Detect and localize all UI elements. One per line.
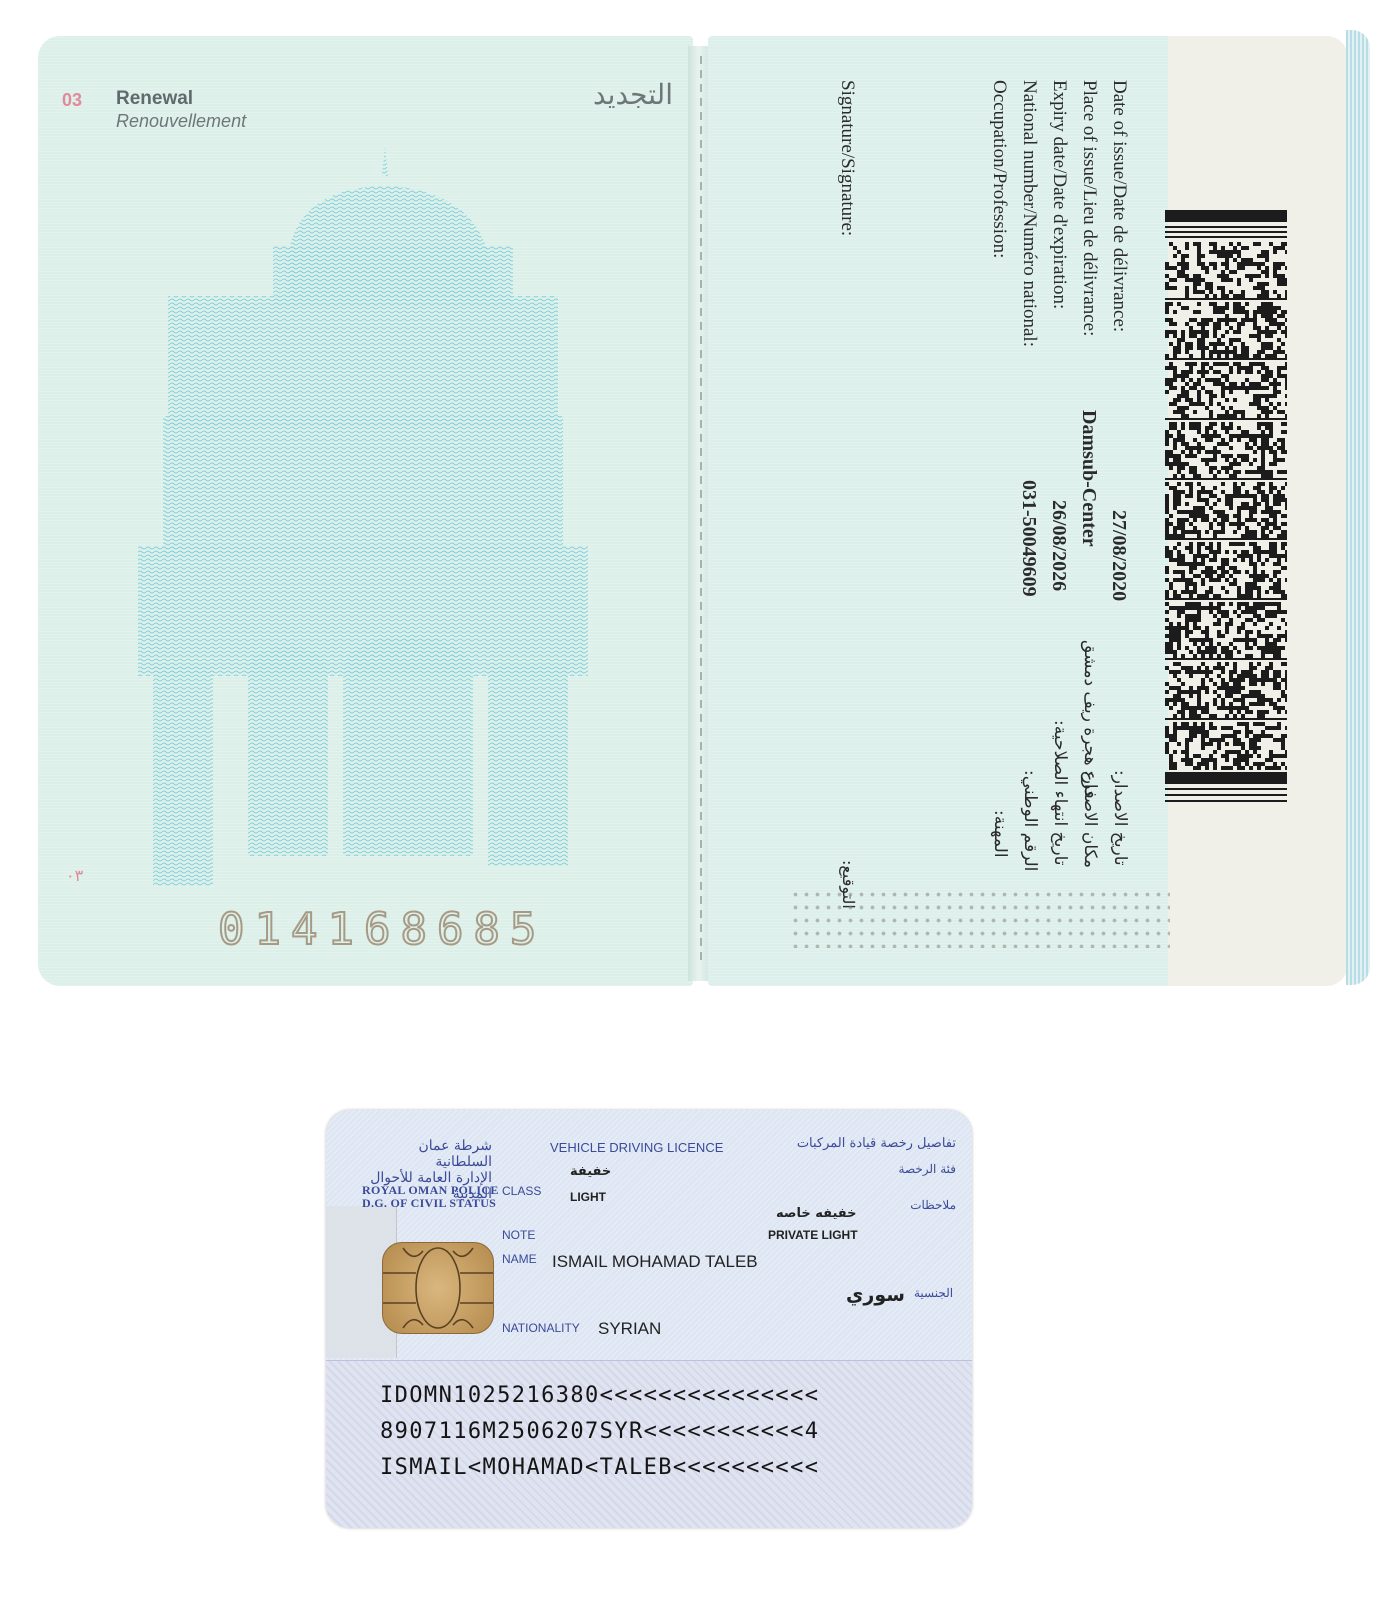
- class-label: CLASS: [502, 1184, 541, 1198]
- class-value: LIGHT: [570, 1190, 606, 1204]
- passport-data-fields: Date of issue/Date de délivrance: 27/08/…: [810, 80, 1130, 980]
- note-label: NOTE: [502, 1228, 535, 1242]
- note-value-ar: خفيفه خاصه: [776, 1206, 857, 1221]
- signature-label: Signature/Signature:: [836, 80, 858, 236]
- passport-page-edges: [1346, 30, 1370, 985]
- page-title-en: Renewal: [116, 88, 193, 110]
- field-expiry-date: Expiry date/Date d'expiration: 26/08/202…: [1040, 80, 1070, 980]
- smart-chip-icon: [382, 1242, 494, 1334]
- licence-title: VEHICLE DRIVING LICENCE: [550, 1140, 723, 1155]
- nationality-label: NATIONALITY: [502, 1321, 580, 1335]
- note-label-ar: ملاحظات: [866, 1198, 956, 1212]
- mrz-line-3: ISMAIL<MOHAMAD<TALEB<<<<<<<<<<: [380, 1450, 819, 1486]
- driving-licence-card: شرطة عمان السلطانية الإدارة العامة للأحو…: [326, 1110, 972, 1528]
- licence-title-ar: تفاصيل رخصة قيادة المركبات: [796, 1136, 956, 1151]
- page-number-arabic: ٠٣: [66, 866, 83, 886]
- class-label-ar: فئة الرخصة: [866, 1162, 956, 1176]
- field-national-number: National number/Numéro national: 031-500…: [1010, 80, 1040, 980]
- nationality-label-ar: الجنسية: [914, 1286, 953, 1300]
- field-place-of-issue: Place of issue/Lieu de délivrance: Damsu…: [1070, 80, 1100, 980]
- pdf417-barcode-icon: [1165, 210, 1287, 810]
- mosque-watermark-icon: [138, 146, 588, 886]
- page-title-fr: Renouvellement: [116, 111, 246, 132]
- class-value-ar: خفيفة: [570, 1164, 611, 1179]
- field-occupation: Occupation/Profession: المهنة:: [980, 80, 1010, 980]
- mrz-line-2: 8907116M2506207SYR<<<<<<<<<<<4: [380, 1414, 819, 1450]
- field-date-of-issue: Date of issue/Date de délivrance: 27/08/…: [1100, 80, 1130, 980]
- issuer-english: ROYAL OMAN POLICE D.G. OF CIVIL STATUS: [362, 1184, 499, 1210]
- nationality-value-ar: سوري: [846, 1284, 905, 1306]
- perforation-holes: [790, 888, 1170, 948]
- machine-readable-zone: IDOMN1025216380<<<<<<<<<<<<<<< 8907116M2…: [380, 1378, 819, 1486]
- spine-stitching: [700, 56, 702, 966]
- name-label: NAME: [502, 1252, 537, 1266]
- perforated-serial-number: 014168685: [218, 904, 546, 955]
- mrz-line-1: IDOMN1025216380<<<<<<<<<<<<<<<: [380, 1378, 819, 1414]
- page-number: 03: [62, 90, 82, 111]
- note-value: PRIVATE LIGHT: [768, 1228, 858, 1242]
- passport-left-page: 03 Renewal Renouvellement التجديد: [38, 36, 693, 986]
- nationality-value: SYRIAN: [598, 1319, 661, 1339]
- name-value: ISMAIL MOHAMAD TALEB: [552, 1252, 758, 1272]
- page-title-ar: التجديد: [593, 78, 673, 111]
